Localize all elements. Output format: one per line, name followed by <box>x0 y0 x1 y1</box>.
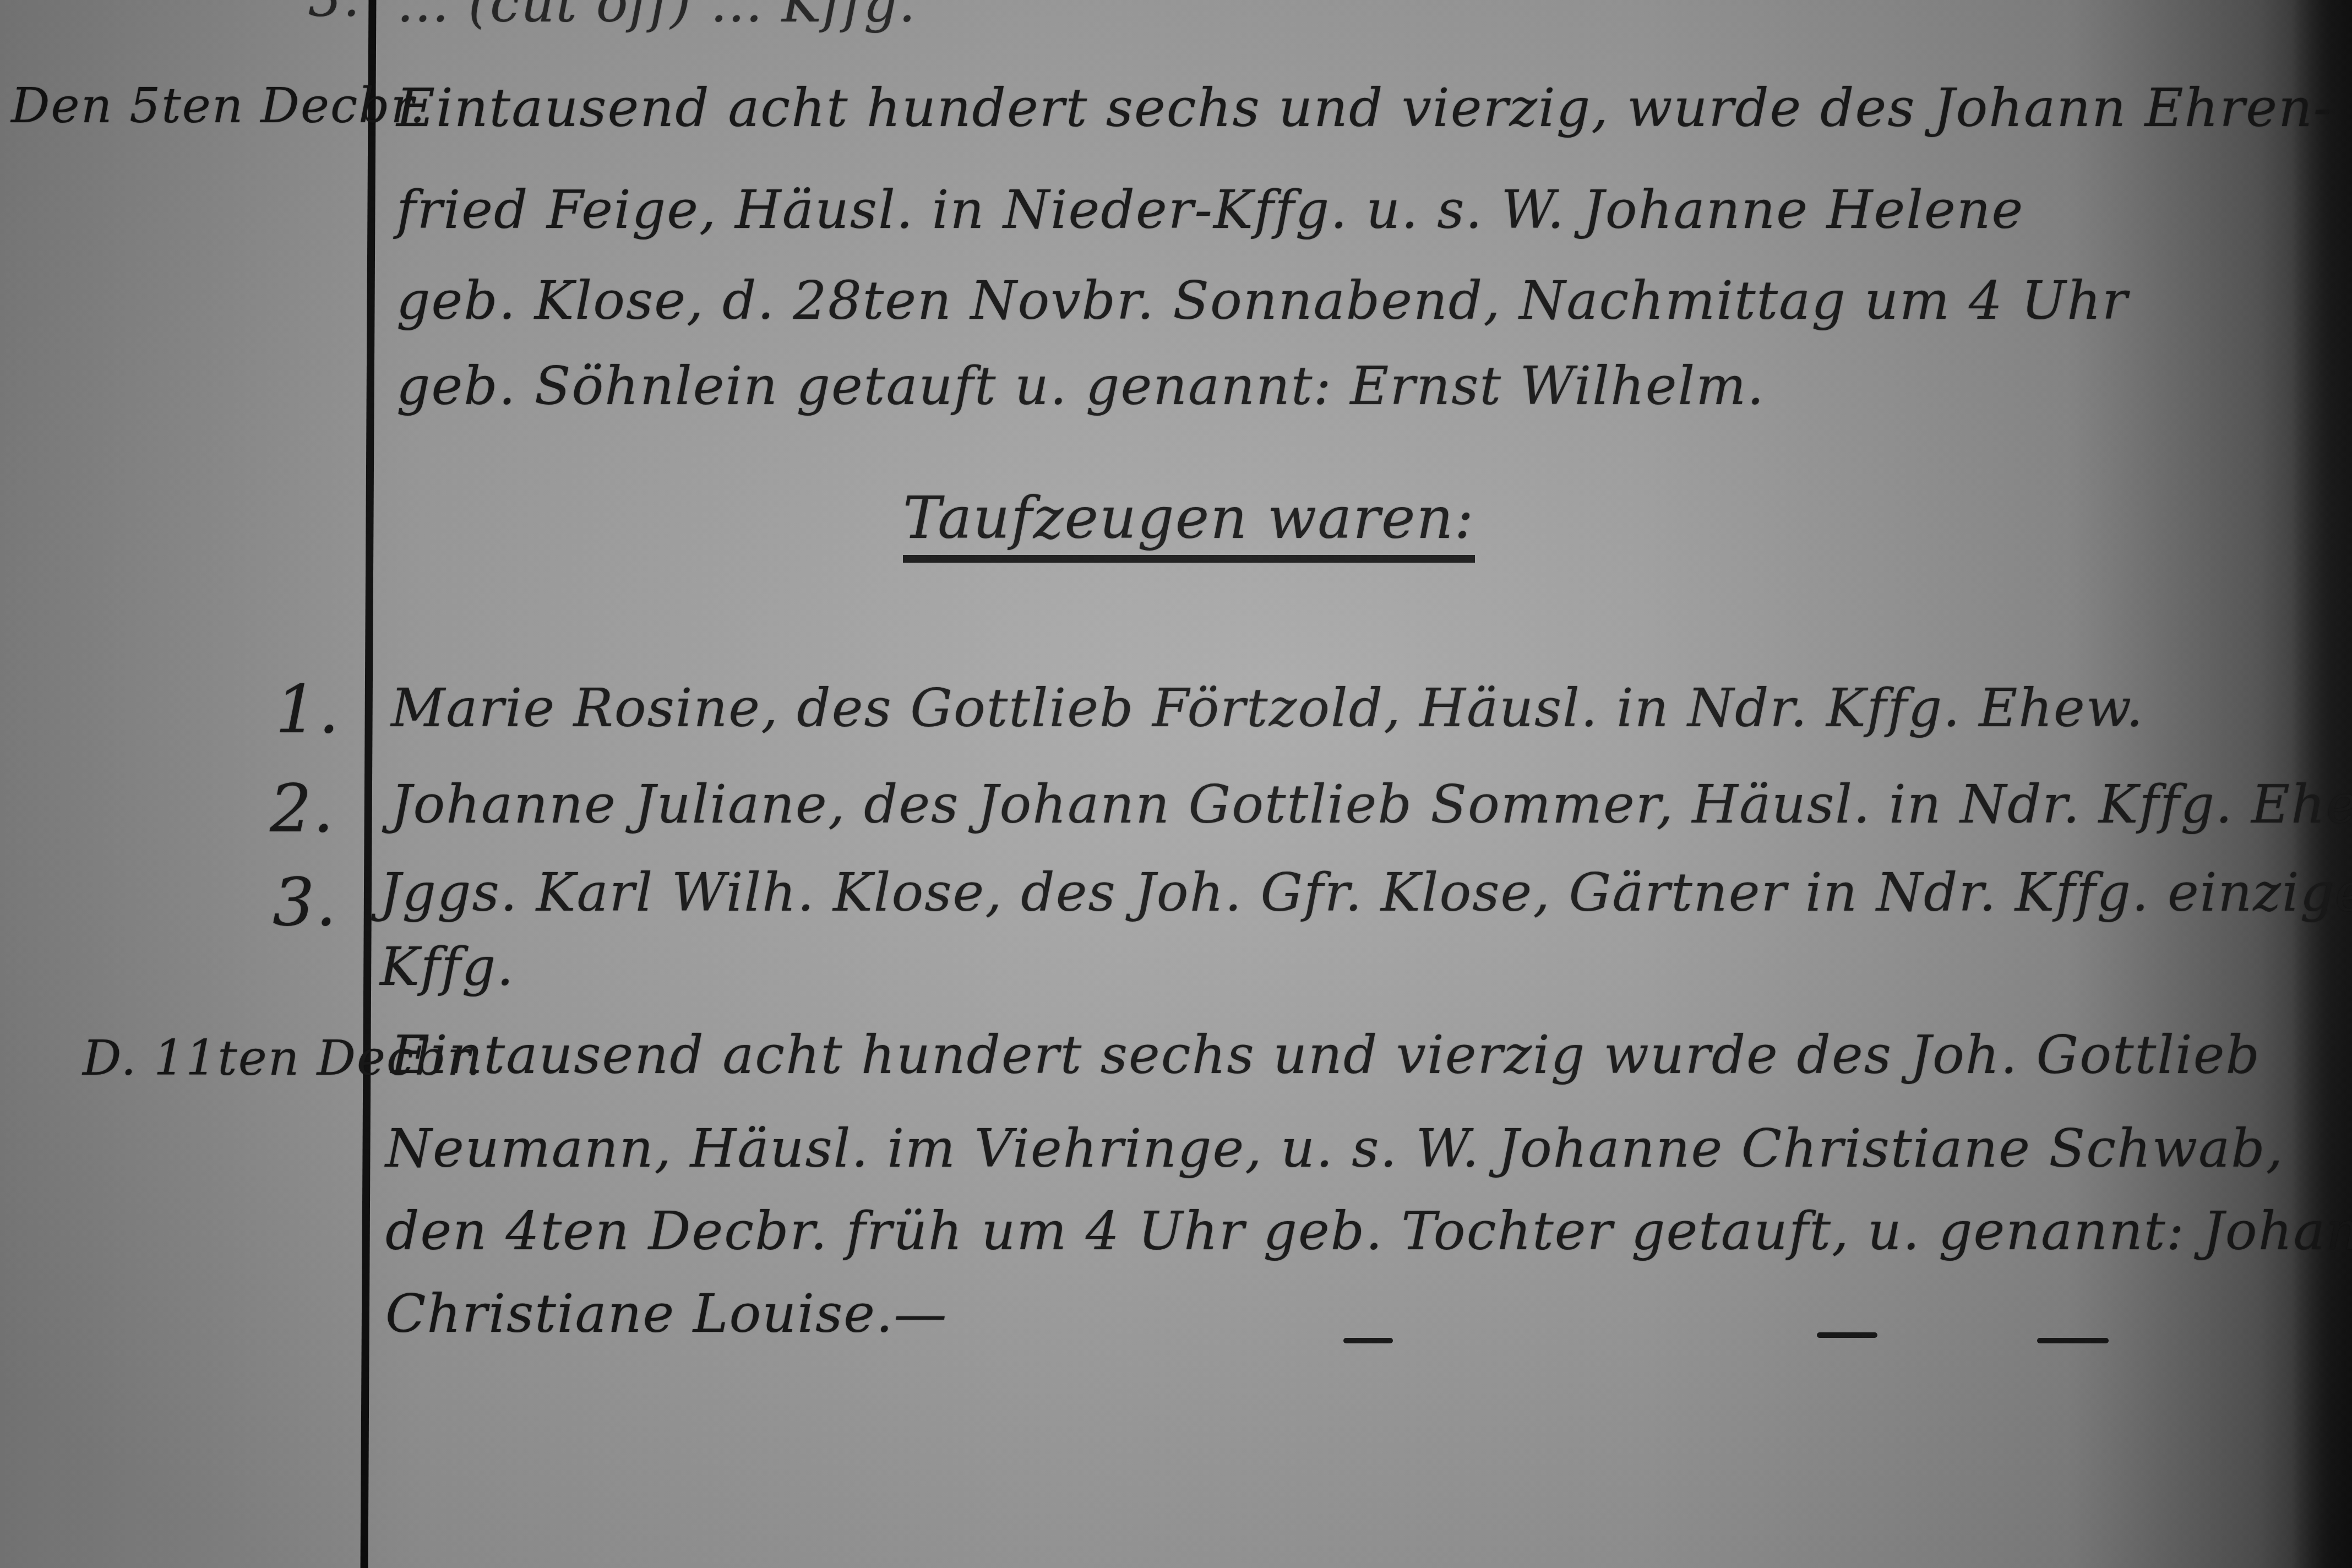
top-margin-fragment: 3. <box>308 0 361 29</box>
entry1-line-3: geb. Klose, d. 28ten Novbr. Sonnabend, N… <box>396 270 2128 331</box>
register-page: 3. … (cut off) … Kffg. Den 5ten Decbr. E… <box>0 0 2352 1568</box>
entry2-line-3: den 4ten Decbr. früh um 4 Uhr geb. Tocht… <box>385 1200 2352 1262</box>
entry2-line-2: Neumann, Häusl. im Viehringe, u. s. W. J… <box>385 1118 2284 1179</box>
entry1-line-2: fried Feige, Häusl. in Nieder-Kffg. u. s… <box>396 179 2024 241</box>
witness-2-number: 2. <box>270 771 335 847</box>
entry2-line-4: Christiane Louise.— <box>385 1283 948 1344</box>
witness-heading: Taufzeugen waren: <box>903 484 1475 563</box>
witness-2-text: Johanne Juliane, des Johann Gottlieb Som… <box>391 774 2352 835</box>
closing-dash-1 <box>1343 1338 1393 1343</box>
entry2-line-1: Eintausend acht hundert sechs und vierzi… <box>391 1024 2261 1086</box>
witness-3-text: Jggs. Karl Wilh. Klose, des Joh. Gfr. Kl… <box>380 862 2352 923</box>
witness-3-continuation: Kffg. <box>380 936 515 998</box>
margin-rule <box>361 0 377 1568</box>
witness-1-number: 1. <box>275 672 341 748</box>
witness-1-text: Marie Rosine, des Gottlieb Förtzold, Häu… <box>391 677 2144 739</box>
entry1-line-1: Eintausend acht hundert sechs und vierzi… <box>396 77 2332 139</box>
entry1-line-4: geb. Söhnlein getauft u. genannt: Ernst … <box>396 355 1765 417</box>
closing-dash-3 <box>2037 1338 2109 1343</box>
closing-dash-2 <box>1817 1332 1877 1338</box>
entry1-margin-date: Den 5ten Decbr. <box>11 77 426 134</box>
witness-3-number: 3. <box>273 864 338 941</box>
top-cut-line: … (cut off) … Kffg. <box>396 0 917 34</box>
